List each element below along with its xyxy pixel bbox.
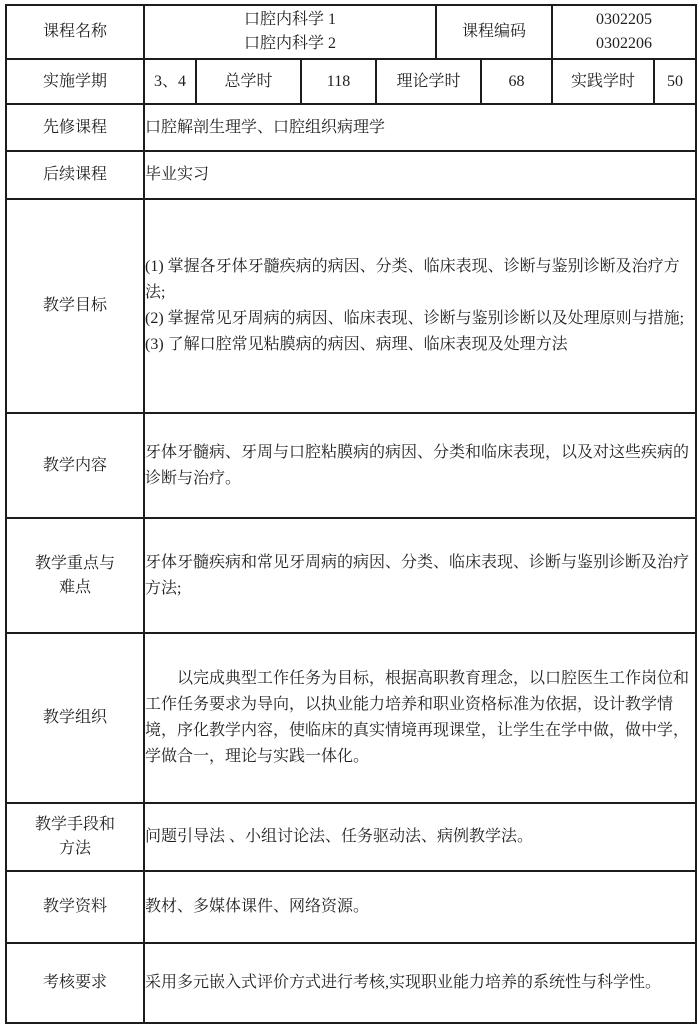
- course-code-label: 课程编码: [436, 5, 552, 59]
- row-organization: 教学组织 以完成典型工作任务为目标，根据高职教育理念，以口腔医生工作岗位和工作任…: [6, 633, 696, 803]
- goals-item-2: (2) 掌握常见牙周病的病因、临床表现、诊断与鉴别诊断以及处理原则与措施;: [145, 306, 695, 332]
- organization-label: 教学组织: [6, 633, 144, 803]
- total-hours-label: 总学时: [196, 59, 301, 104]
- methods-content: 问题引导法 、小组讨论法、任务驱动法、病例教学法。: [144, 803, 696, 871]
- prerequisite-content: 口腔解剖生理学、口腔组织病理学: [144, 104, 696, 151]
- keypoints-label: 教学重点与 难点: [6, 518, 144, 633]
- theory-hours-label: 理论学时: [376, 59, 481, 104]
- row-assessment: 考核要求 采用多元嵌入式评价方式进行考核,实现职业能力培养的系统性与科学性。: [6, 943, 696, 1023]
- course-code-line2: 0302206: [553, 32, 695, 56]
- goals-content: (1) 掌握各牙体牙髓疾病的病因、分类、临床表现、诊断与鉴别诊断及治疗方法; (…: [144, 199, 696, 413]
- practice-hours-value: 50: [654, 59, 696, 104]
- methods-label-line2: 方法: [7, 837, 143, 861]
- course-code-line1: 0302205: [553, 8, 695, 32]
- course-code-value: 0302205 0302206: [552, 5, 696, 59]
- goals-label: 教学目标: [6, 199, 144, 413]
- assessment-label: 考核要求: [6, 943, 144, 1023]
- course-syllabus-table: 课程名称 口腔内科学 1 口腔内科学 2 课程编码 0302205 030220…: [5, 4, 697, 1024]
- materials-content: 教材、多媒体课件、网络资源。: [144, 871, 696, 943]
- course-name-line1: 口腔内科学 1: [145, 8, 435, 32]
- teaching-content-label: 教学内容: [6, 413, 144, 518]
- practice-hours-label: 实践学时: [552, 59, 654, 104]
- goals-item-3: (3) 了解口腔常见粘膜病的病因、病理、临床表现及处理方法: [145, 332, 695, 358]
- teaching-content-text: 牙体牙髓病、牙周与口腔粘膜病的病因、分类和临床表现，以及对这些疾病的诊断与治疗。: [144, 413, 696, 518]
- row-teaching-content: 教学内容 牙体牙髓病、牙周与口腔粘膜病的病因、分类和临床表现，以及对这些疾病的诊…: [6, 413, 696, 518]
- keypoints-content: 牙体牙髓疾病和常见牙周病的病因、分类、临床表现、诊断与鉴别诊断及治疗方法;: [144, 518, 696, 633]
- course-name-value: 口腔内科学 1 口腔内科学 2: [144, 5, 436, 59]
- organization-content-cell: 以完成典型工作任务为目标，根据高职教育理念，以口腔医生工作岗位和工作任务要求为导…: [144, 633, 696, 803]
- course-name-label: 课程名称: [6, 5, 144, 59]
- theory-hours-value: 68: [481, 59, 552, 104]
- assessment-content: 采用多元嵌入式评价方式进行考核,实现职业能力培养的系统性与科学性。: [144, 943, 696, 1023]
- row-prerequisite: 先修课程 口腔解剖生理学、口腔组织病理学: [6, 104, 696, 151]
- followup-content: 毕业实习: [144, 151, 696, 199]
- row-followup: 后续课程 毕业实习: [6, 151, 696, 199]
- row-keypoints: 教学重点与 难点 牙体牙髓疾病和常见牙周病的病因、分类、临床表现、诊断与鉴别诊断…: [6, 518, 696, 633]
- row-hours: 实施学期 3、4 总学时 118 理论学时 68 实践学时 50: [6, 59, 696, 104]
- methods-label: 教学手段和 方法: [6, 803, 144, 871]
- syllabus-page: 课程名称 口腔内科学 1 口腔内科学 2 课程编码 0302205 030220…: [0, 0, 700, 1026]
- followup-label: 后续课程: [6, 151, 144, 199]
- row-goals: 教学目标 (1) 掌握各牙体牙髓疾病的病因、分类、临床表现、诊断与鉴别诊断及治疗…: [6, 199, 696, 413]
- row-materials: 教学资料 教材、多媒体课件、网络资源。: [6, 871, 696, 943]
- keypoints-label-line2: 难点: [7, 576, 143, 600]
- methods-label-line1: 教学手段和: [7, 813, 143, 837]
- prerequisite-label: 先修课程: [6, 104, 144, 151]
- organization-content: 以完成典型工作任务为目标，根据高职教育理念，以口腔医生工作岗位和工作任务要求为导…: [145, 666, 695, 770]
- row-methods: 教学手段和 方法 问题引导法 、小组讨论法、任务驱动法、病例教学法。: [6, 803, 696, 871]
- course-name-line2: 口腔内科学 2: [145, 32, 435, 56]
- row-course-name: 课程名称 口腔内科学 1 口腔内科学 2 课程编码 0302205 030220…: [6, 5, 696, 59]
- semester-label: 实施学期: [6, 59, 144, 104]
- total-hours-value: 118: [301, 59, 376, 104]
- keypoints-label-line1: 教学重点与: [7, 552, 143, 576]
- materials-label: 教学资料: [6, 871, 144, 943]
- semester-value: 3、4: [144, 59, 196, 104]
- goals-item-1: (1) 掌握各牙体牙髓疾病的病因、分类、临床表现、诊断与鉴别诊断及治疗方法;: [145, 254, 695, 306]
